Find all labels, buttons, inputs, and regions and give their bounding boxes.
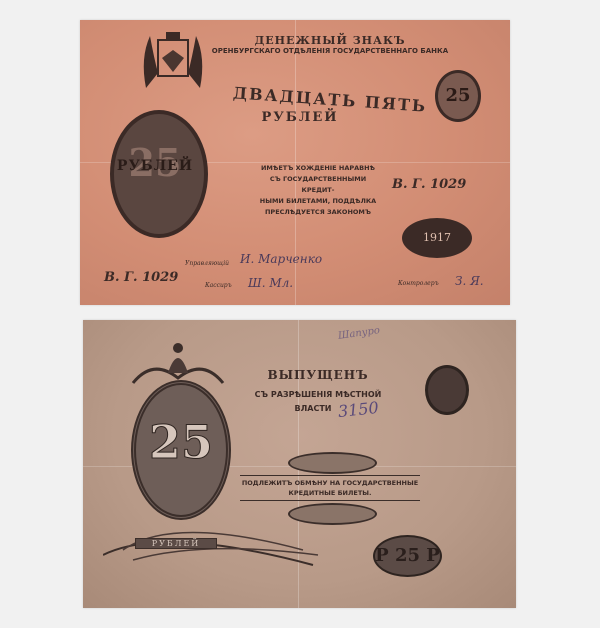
back-title: ВЫПУЩЕНЪ bbox=[253, 368, 383, 382]
header-line2: ОРЕНБУРГСКАГО ОТДѢЛЕНІЯ ГОСУДАРСТВЕННАГО… bbox=[200, 47, 460, 55]
cashier-label: Кассиръ bbox=[205, 282, 232, 289]
small-cartouche: Р 25 Р bbox=[373, 535, 442, 577]
handwritten-note: Шапуро bbox=[337, 325, 380, 342]
warning-text: ИМѢЕТЪ ХОЖДЕНІЕ НАРАВНѢ СЪ ГОСУДАРСТВЕНН… bbox=[258, 163, 378, 218]
banknote-back: 25 РУБЛЕЙ ВЫПУЩЕНЪ СЪ РАЗРѢШЕНІЯ МѢСТНОЙ… bbox=[83, 320, 516, 608]
serial-number-left: В. Г. 1029 bbox=[104, 270, 178, 285]
exchange-bottom-ornament bbox=[288, 503, 377, 525]
controller-signature: З. Я. bbox=[455, 274, 484, 288]
left-cartouche-word: РУБЛЕЙ bbox=[92, 158, 218, 174]
exchange-text: ПОДЛЕЖИТЪ ОБМѢНУ НА ГОСУДАРСТВЕННЫЕ КРЕД… bbox=[240, 475, 420, 501]
wheat-ornament-icon bbox=[103, 495, 323, 570]
banknote-front: ДЕНЕЖНЫЙ ЗНАКЪ ОРЕНБУРГСКАГО ОТДѢЛЕНІЯ Г… bbox=[80, 20, 510, 305]
eagle-medallion-icon bbox=[425, 365, 469, 415]
controller-label: Контролеръ bbox=[398, 280, 439, 287]
oval-value: 25 bbox=[131, 415, 231, 469]
manager-label: Управляющій bbox=[185, 260, 229, 267]
medallion-25: 25 bbox=[435, 70, 481, 122]
manager-signature: И. Марченко bbox=[240, 252, 322, 266]
exchange-top-ornament bbox=[288, 452, 377, 474]
currency-word: РУБЛЕЙ bbox=[245, 110, 355, 125]
handwritten-number: 3150 bbox=[337, 398, 379, 421]
year-badge: 1917 bbox=[402, 218, 472, 258]
coat-of-arms-icon bbox=[138, 28, 208, 94]
ribbon-word: РУБЛЕЙ bbox=[135, 538, 217, 549]
header-line1: ДЕНЕЖНЫЙ ЗНАКЪ bbox=[230, 34, 430, 47]
cashier-signature: Ш. Мл. bbox=[248, 276, 293, 290]
serial-number-right: В. Г. 1029 bbox=[392, 177, 466, 192]
